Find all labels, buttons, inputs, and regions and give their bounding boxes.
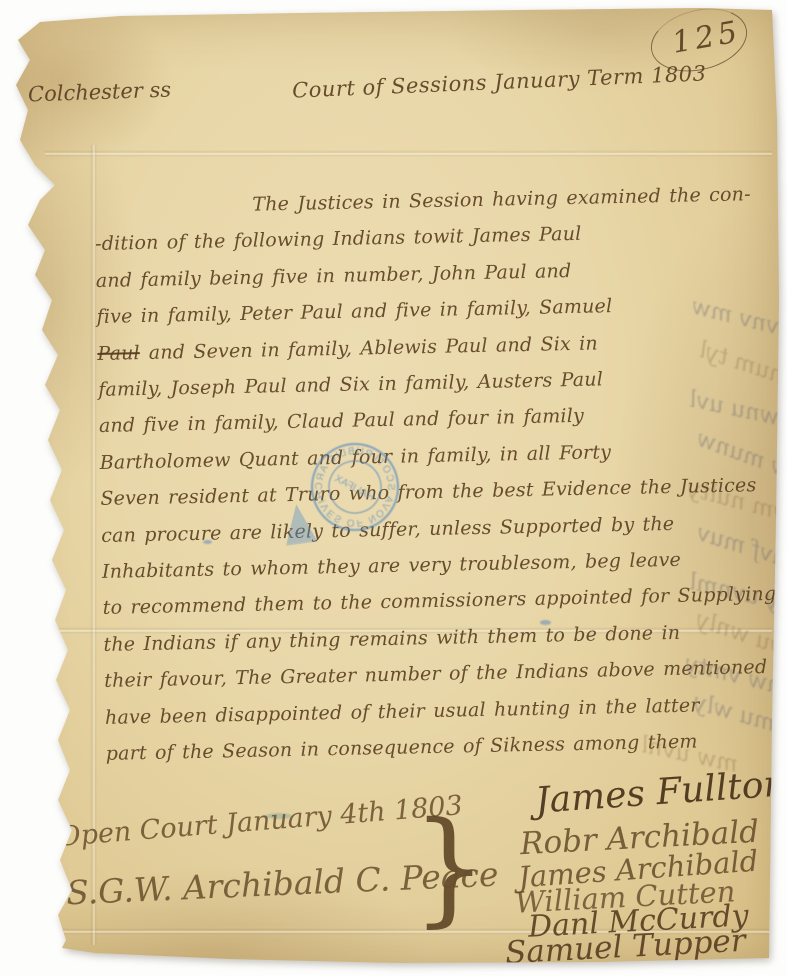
line-text: part of the Season in consequence of Sik… [106, 731, 698, 765]
line-text: and Seven in family, Ablewis Paul and Si… [149, 332, 599, 363]
line-text: their favour, The Greater number of the … [104, 656, 767, 692]
line-text: can procure are likely to suffer, unless… [101, 513, 674, 547]
line-text: -dition of the following Indians towit J… [95, 223, 582, 255]
open-court-date: Open Court January 4th 1803 [57, 790, 463, 853]
line-text: and family being five in number, John Pa… [96, 260, 572, 292]
line-text: Bartholomew Quant and four in family, in… [99, 441, 611, 474]
ink-speck [540, 620, 551, 625]
ink-speck [203, 540, 212, 544]
line-text: the Indians if any thing remains with th… [103, 622, 680, 656]
struck-word: Paul [97, 342, 140, 365]
manuscript-body: The Justices in Session having examined … [94, 176, 774, 772]
line-text: Inhabitants to whom they are very troubl… [102, 549, 681, 583]
scan-background: uwvnv mw vnum tyl mwnu uvl lyv munw uvm … [0, 0, 787, 976]
line-text: and five in family, Claud Paul and four … [99, 405, 584, 437]
document-paper: uwvnv mw vnum tyl mwnu uvl lyv munw uvm … [0, 0, 787, 976]
line-text: five in family, Peter Paul and five in f… [96, 295, 612, 328]
signature-james-fullton: James Fullton [534, 763, 787, 821]
line-text: family, Joseph Paul and Six in family, A… [98, 368, 603, 401]
line-text: have been disappointed of their usual hu… [105, 694, 700, 728]
county-heading: Colchester ss [28, 78, 172, 107]
fold-crease [45, 150, 772, 157]
document-title: Court of Sessions January Term 1803 [292, 61, 707, 102]
line-text: Seven resident at Truro who from the bes… [100, 474, 756, 510]
paper-shadow: uwvnv mw vnum tyl mwnu uvl lyv munw uvm … [0, 0, 787, 976]
line-text: The Justices in Session having examined … [252, 183, 751, 215]
